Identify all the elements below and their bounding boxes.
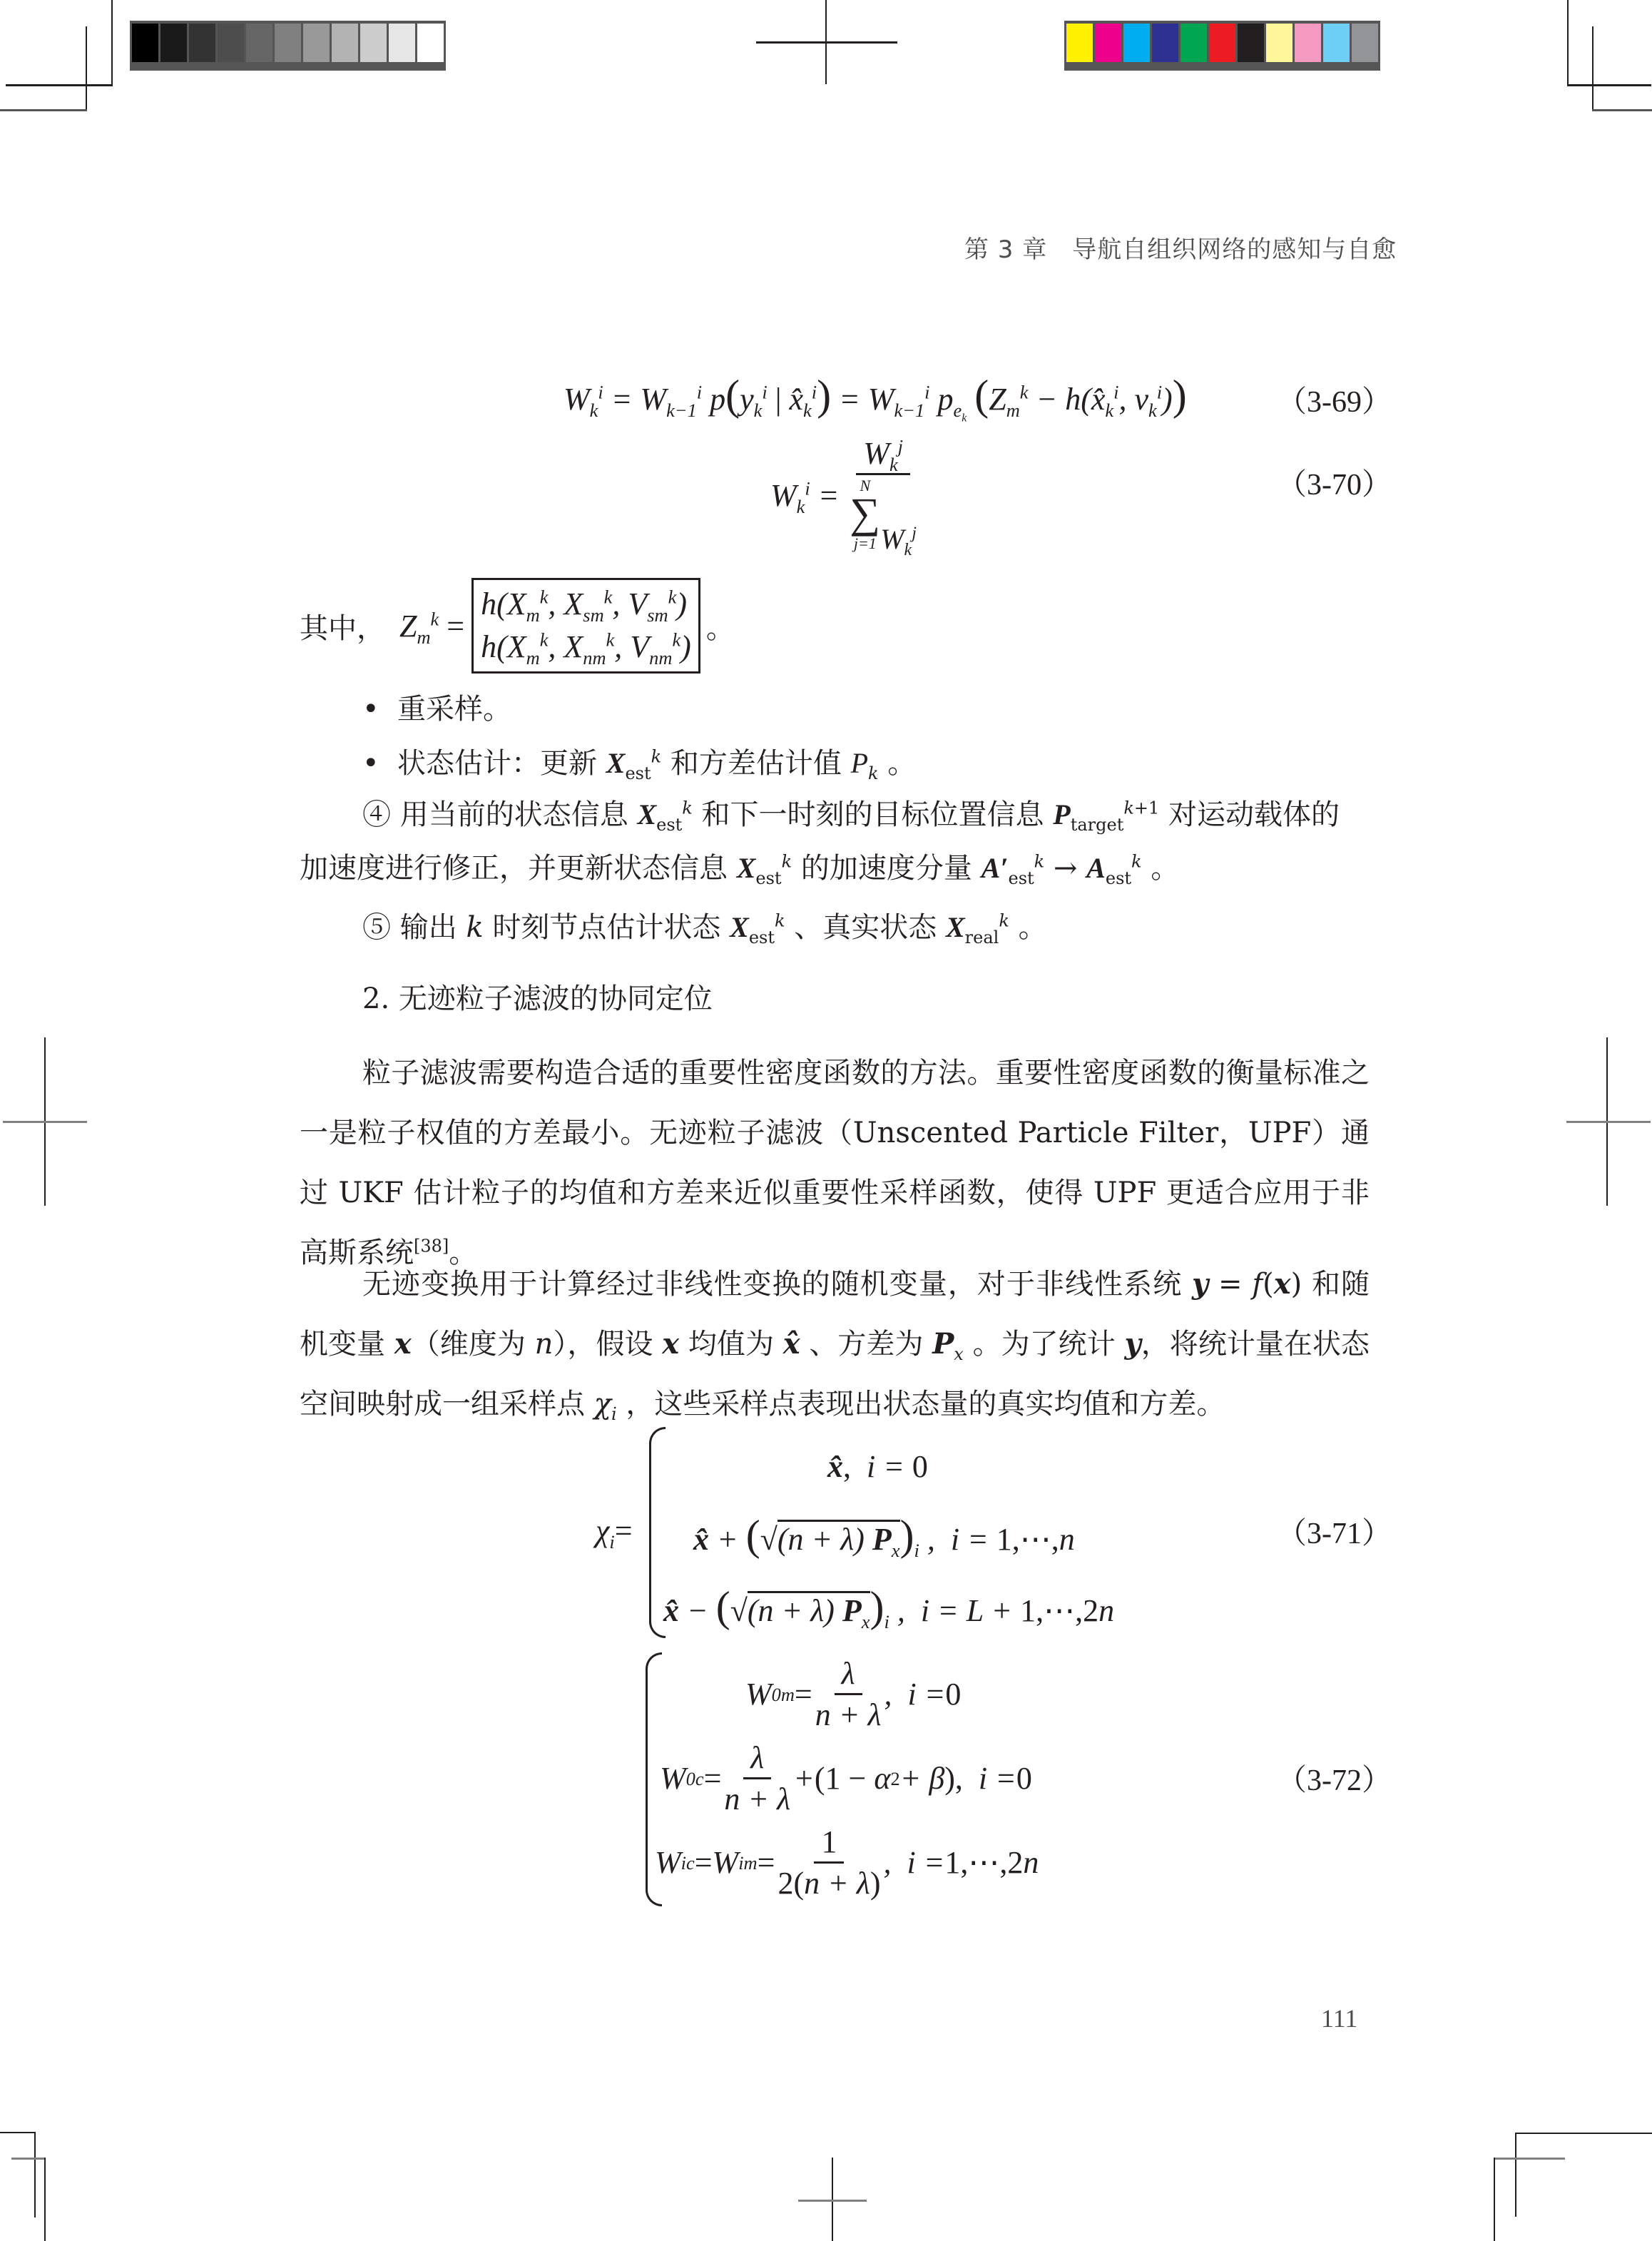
color-swatch	[275, 24, 301, 62]
equation-number: （3-70）	[1277, 461, 1392, 504]
equation-number: （3-69）	[1277, 378, 1392, 421]
color-swatch	[1152, 24, 1178, 62]
paragraph-upf-intro: 粒子滤波需要构造合适的重要性密度函数的方法。重要性密度函数的衡量标准之一是粒子权…	[300, 1043, 1370, 1283]
equation-3-71-case: x̂ + (√(n + λ) Px)i , i = 1,⋯,n	[693, 1511, 1075, 1560]
color-swatch	[246, 24, 272, 62]
page-number: 111	[1321, 2003, 1357, 2033]
color-swatch	[189, 24, 215, 62]
equation-3-71-case: x̂, i = 0	[827, 1448, 928, 1485]
color-swatch	[218, 24, 244, 62]
color-swatch	[1352, 24, 1378, 62]
color-swatch	[1209, 24, 1235, 62]
where-clause: 其中， Zmk = h(Xmk, Xsmk, Vsmk) h(Xmk, Xnmk…	[300, 578, 735, 674]
bullet-item: • 重采样。	[362, 686, 511, 727]
equation-3-69: Wki = Wk−1i p(yki | x̂ki) = Wk−1i pek (Z…	[564, 371, 1187, 420]
bullet-item: • 状态估计：更新 Xestk 和方差估计值 Pk 。	[362, 741, 916, 781]
color-swatch	[360, 24, 387, 62]
equation-3-70: Wki = Wkj N∑j=1Wkj	[770, 435, 919, 556]
equation-3-72-case: W0c =λn + λ+ (1 − α2 + β), i = 0	[660, 1739, 1032, 1817]
paragraph-unscented-transform: 无迹变换用于计算经过非线性变换的随机变量，对于非线性系统 y = f(x) 和随…	[300, 1254, 1370, 1434]
color-calibration-bar	[1064, 21, 1380, 71]
color-swatch	[1095, 24, 1121, 62]
equation-3-71-case: x̂ − (√(n + λ) Px)i , i = L + 1,⋯,2n	[663, 1582, 1114, 1632]
step-4-line-2: 加速度进行修正，并更新状态信息 Xestk 的加速度分量 A′estk → Ae…	[300, 845, 1179, 886]
section-title: 2. 无迹粒子滤波的协同定位	[362, 976, 713, 1017]
color-swatch	[1238, 24, 1264, 62]
equation-3-72-case: W0m =λn + λ, i = 0	[745, 1655, 961, 1733]
color-swatch	[1123, 24, 1150, 62]
color-swatch	[1295, 24, 1321, 62]
color-swatch	[417, 24, 444, 62]
color-swatch	[303, 24, 330, 62]
color-swatch	[389, 24, 415, 62]
equation-number: （3-72）	[1277, 1757, 1392, 1799]
running-head: 第 3 章 导航自组织网络的感知与自愈	[964, 230, 1397, 265]
step-5: ⑤ 输出 k 时刻节点估计状态 Xestk 、真实状态 Xrealk 。	[362, 905, 1047, 945]
step-4-line-1: ④ 用当前的状态信息 Xestk 和下一时刻的目标位置信息 Ptargetk+1…	[362, 792, 1340, 833]
color-swatch	[132, 24, 158, 62]
color-swatch	[1181, 24, 1207, 62]
grayscale-calibration-bar	[130, 21, 446, 71]
color-swatch	[1323, 24, 1350, 62]
equation-number: （3-71）	[1277, 1510, 1392, 1553]
color-swatch	[1266, 24, 1292, 62]
equation-3-72-case: Wic =Wim =12(n + λ), i = 1,⋯,2n	[655, 1824, 1039, 1901]
equation-3-71-lhs: χi=	[596, 1513, 633, 1549]
color-swatch	[332, 24, 358, 62]
color-swatch	[160, 24, 187, 62]
color-swatch	[1066, 24, 1093, 62]
